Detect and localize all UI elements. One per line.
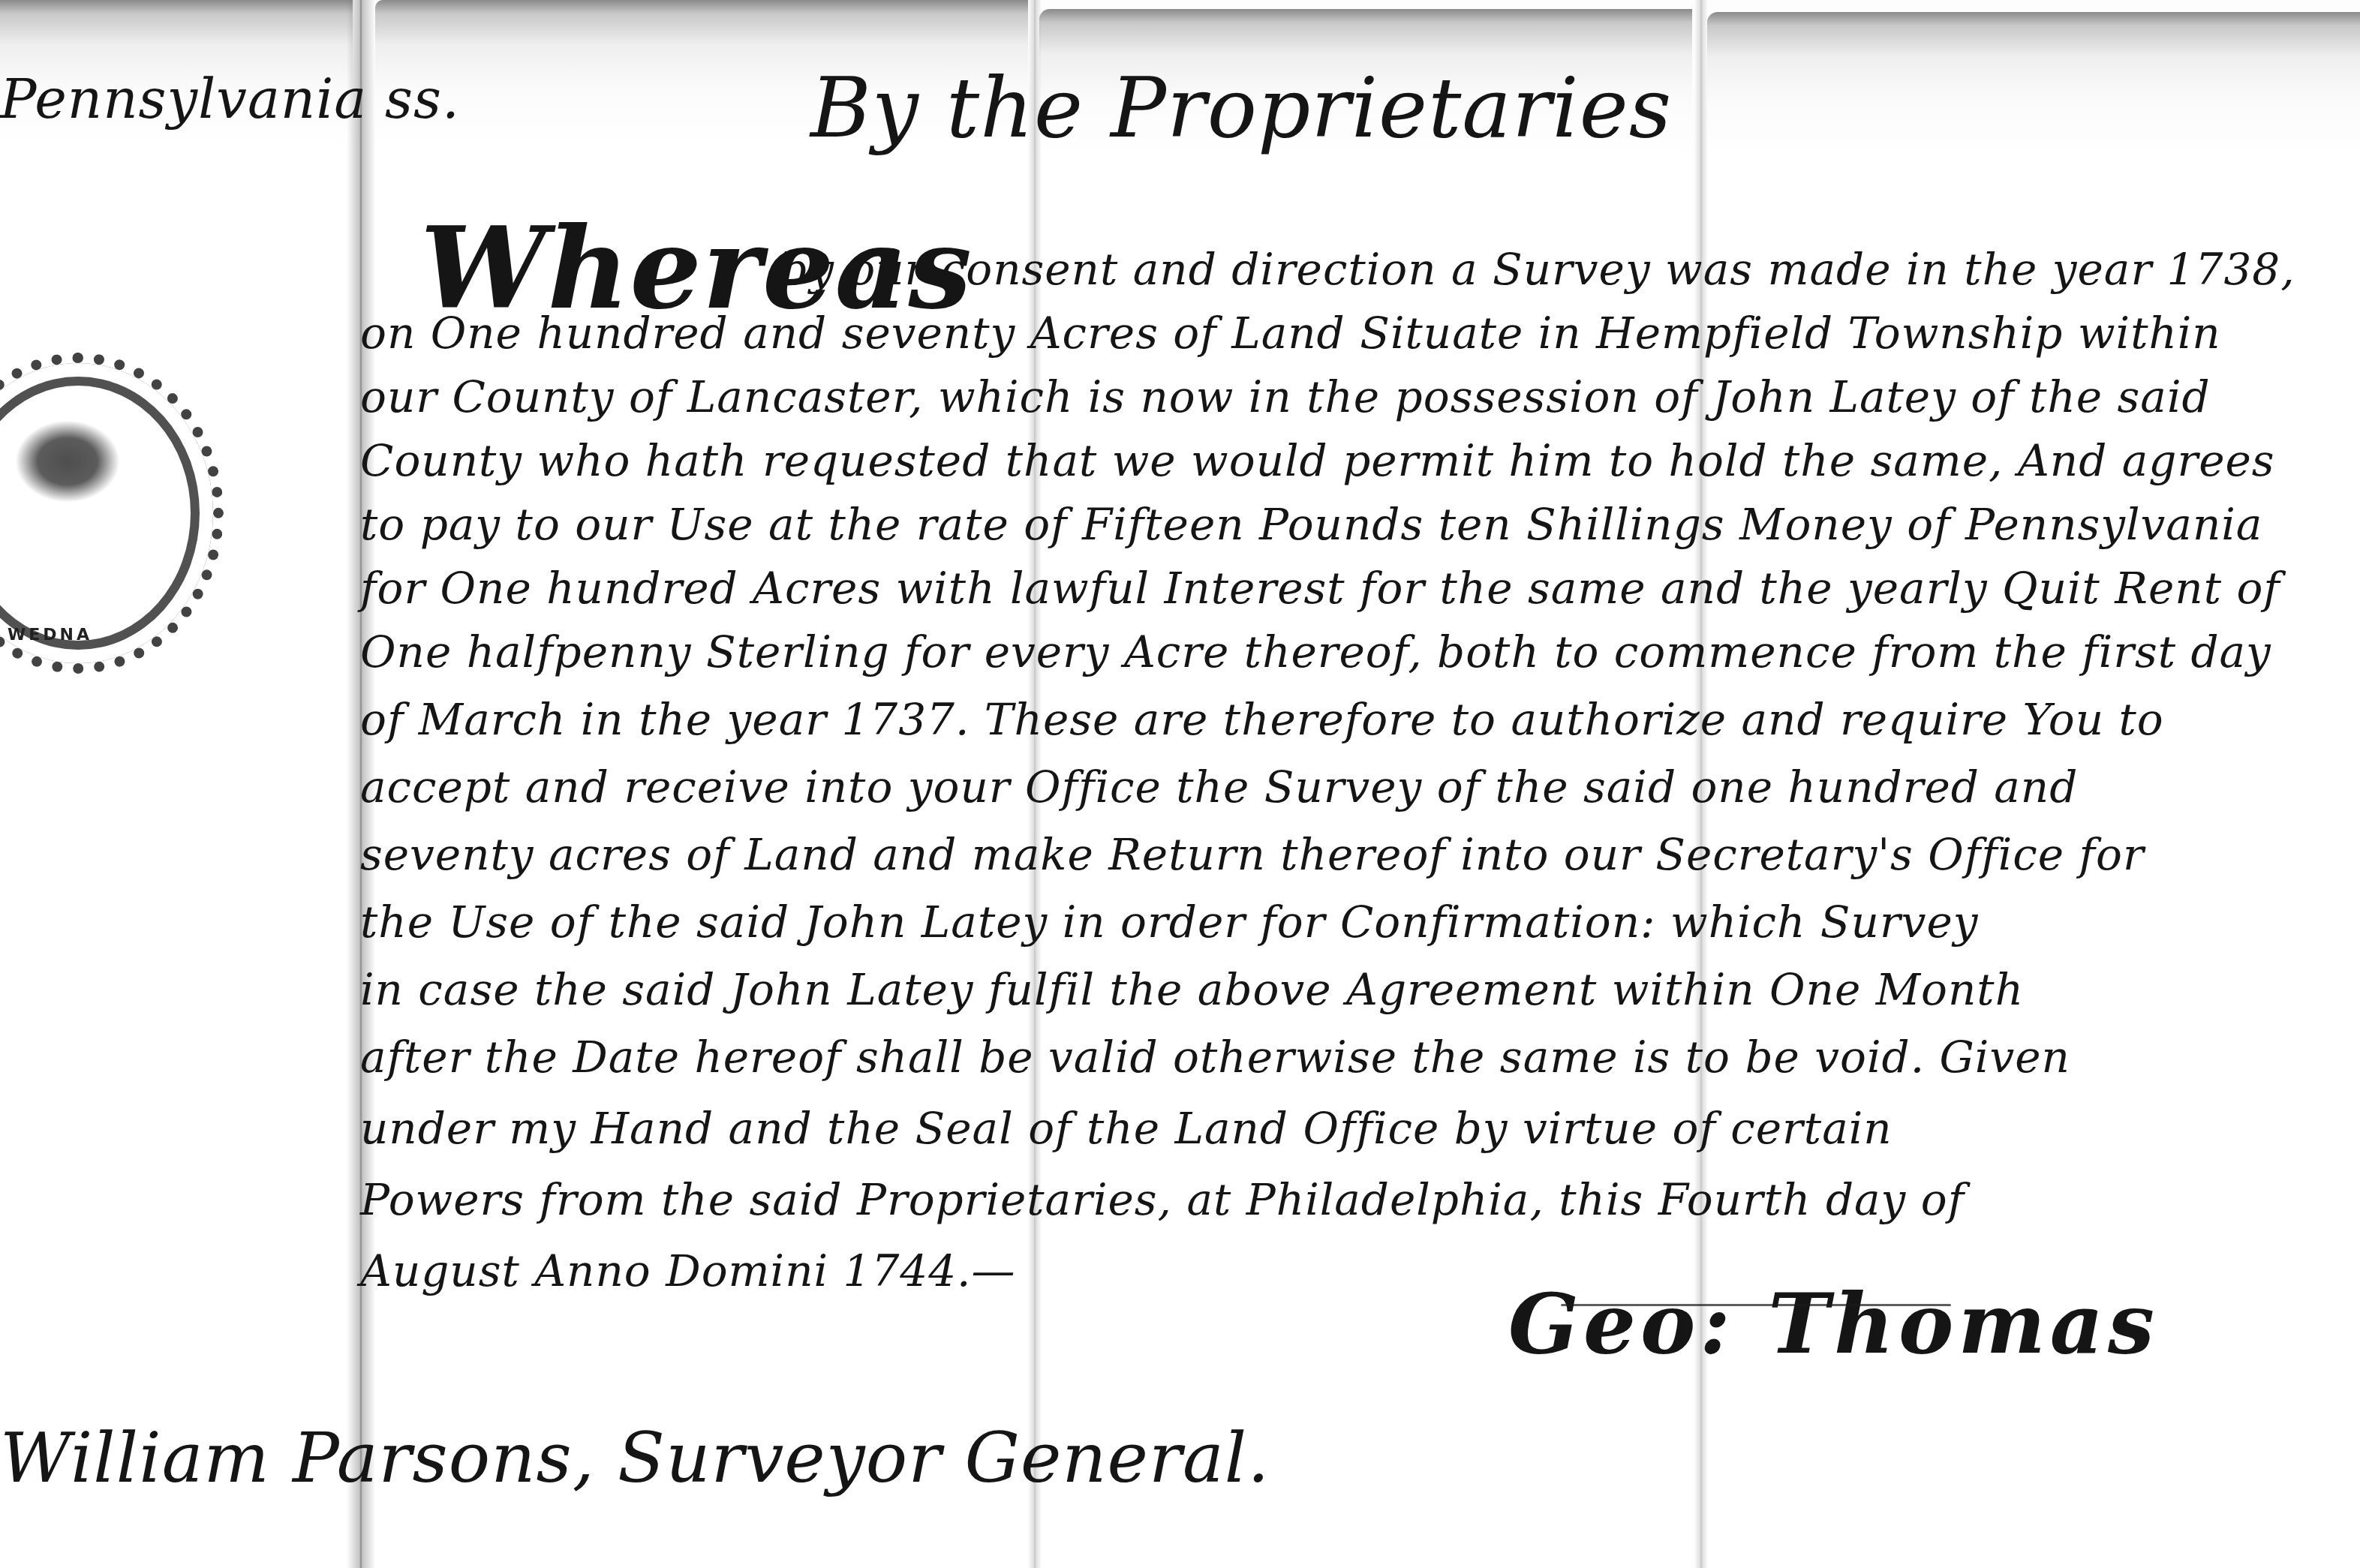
body-line: our County of Lancaster, which is now in…	[360, 375, 2211, 419]
body-line: by our consent and direction a Survey wa…	[780, 248, 2295, 291]
body-line: for One hundred Acres with lawful Intere…	[360, 566, 2280, 610]
body-line: on One hundred and seventy Acres of Land…	[360, 311, 2221, 355]
document-title: By the Proprietaries	[810, 60, 1672, 156]
body-line: County who hath requested that we would …	[360, 439, 2275, 482]
body-line: to pay to our Use at the rate of Fifteen…	[360, 503, 2262, 546]
body-line: August Anno Domini 1744.—	[360, 1249, 1016, 1293]
signature-flourish	[1561, 1304, 1951, 1306]
body-line: of March in the year 1737. These are the…	[360, 698, 2164, 741]
governor-signature: Geo: Thomas	[1508, 1275, 2159, 1372]
body-line: Powers from the said Proprietaries, at P…	[360, 1178, 1965, 1221]
document-panel-left	[0, 0, 353, 1568]
jurisdiction-heading: Pennsylvania ss.	[0, 68, 460, 131]
body-line: the Use of the said John Latey in order …	[360, 900, 1979, 944]
seal-inscription: WEDNA	[8, 626, 92, 644]
body-line: seventy acres of Land and make Return th…	[360, 833, 2145, 876]
body-line: after the Date hereof shall be valid oth…	[360, 1035, 2070, 1079]
scanned-document: Pennsylvania ss. By the Proprietaries WE…	[0, 0, 2360, 1568]
body-line: in case the said John Latey fulfil the a…	[360, 968, 2024, 1011]
seal-emblem-icon	[15, 420, 120, 503]
body-line: One halfpenny Sterling for every Acre th…	[360, 630, 2271, 674]
body-line: under my Hand and the Seal of the Land O…	[360, 1107, 1893, 1150]
surveyor-signature: William Parsons, Surveyor General.	[0, 1418, 1270, 1498]
body-line: accept and receive into your Office the …	[360, 765, 2078, 809]
